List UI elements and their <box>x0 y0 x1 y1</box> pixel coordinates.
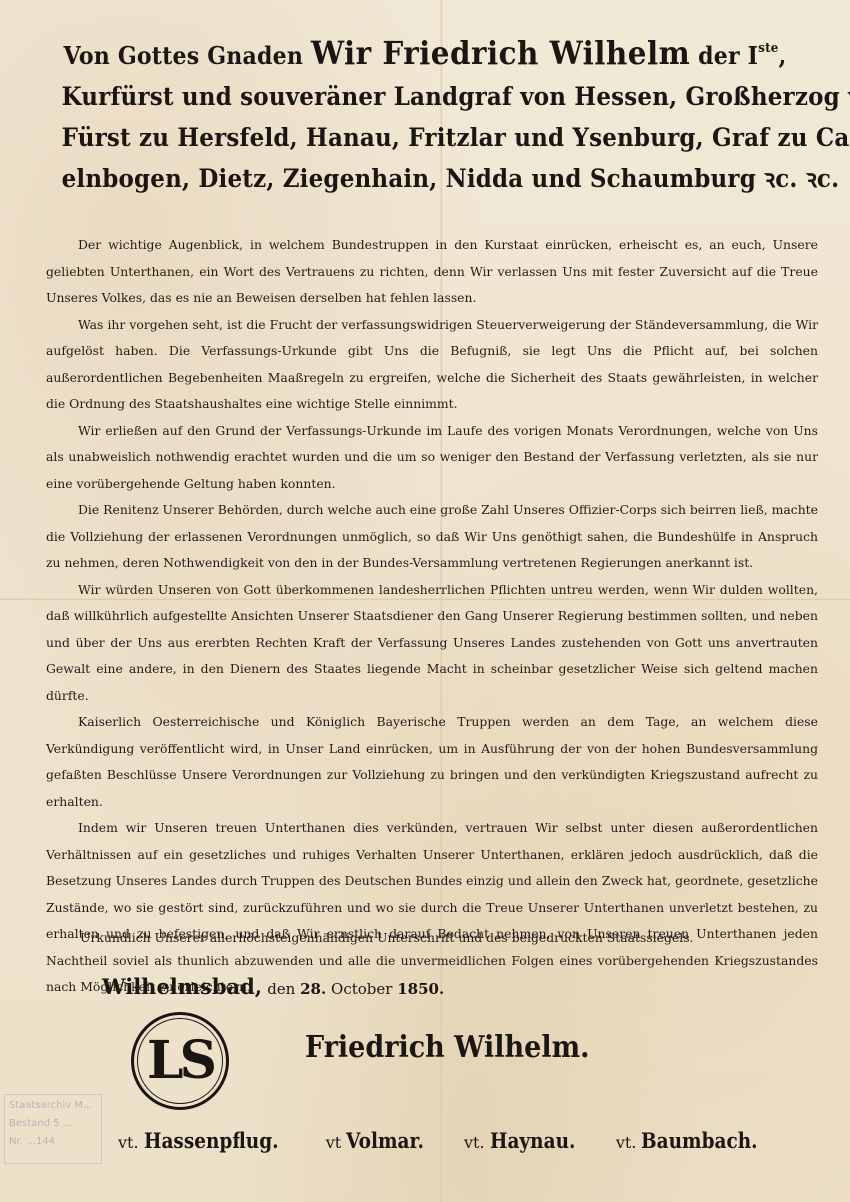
place-name: Wilhelmsbad, <box>102 974 262 999</box>
stamp-line: Staatsarchiv M… <box>9 1097 97 1115</box>
attestation-line: Urkundlich Unserer allerhöchsteigenhändi… <box>80 930 820 945</box>
title-ruler-name: Wir Friedrich Wilhelm <box>311 34 690 72</box>
title-comma: , <box>779 41 787 70</box>
paragraph: Indem wir Unseren treuen Unterthanen die… <box>46 815 818 1001</box>
title-line-4: elnbogen, Dietz, Ziegenhain, Nidda und S… <box>62 158 789 199</box>
title-line-1: Von Gottes Gnaden Wir Friedrich Wilhelm … <box>62 28 789 76</box>
countersignature-baumbach: vt. Baumbach. <box>616 1128 774 1153</box>
title-line-3: Fürst zu Hersfeld, Hanau, Fritzlar und Y… <box>62 117 789 158</box>
archive-stamp: Staatsarchiv M… Bestand 5 … Nr. …144 <box>4 1094 102 1164</box>
countersign-prefix: vt <box>326 1133 341 1152</box>
date-year: 1850. <box>397 980 444 998</box>
countersign-prefix: vt. <box>118 1133 139 1152</box>
paragraph: Der wichtige Augenblick, in welchem Bund… <box>46 232 818 312</box>
stamp-line: Bestand 5 … <box>9 1115 97 1133</box>
seal-monogram: LS <box>147 1035 213 1087</box>
state-seal-icon: LS <box>131 1012 229 1110</box>
countersignature-hassenpflug: vt. Hassenpflug. <box>118 1128 297 1153</box>
countersignature-haynau: vt. Haynau. <box>464 1128 587 1153</box>
stamp-line: Nr. …144 <box>9 1133 97 1151</box>
ruler-signature: Friedrich Wilhelm. <box>305 1030 590 1065</box>
countersign-prefix: vt. <box>464 1133 485 1152</box>
date-day: 28. <box>300 980 326 998</box>
date-prefix: den <box>267 980 295 998</box>
paragraph: Wir würden Unseren von Gott überkommenen… <box>46 577 818 710</box>
countersignatures: vt. Hassenpflug. vt Volmar. vt. Haynau. … <box>118 1128 818 1153</box>
paragraph: Wir erließen auf den Grund der Verfassun… <box>46 418 818 498</box>
paragraph: Kaiserlich Oesterreichische und Königlic… <box>46 709 818 815</box>
countersign-prefix: vt. <box>616 1133 637 1152</box>
place-and-date: Wilhelmsbad, den 28. October 1850. <box>102 974 444 999</box>
paragraph: Die Renitenz Unserer Behörden, durch wel… <box>46 497 818 577</box>
date: den 28. October 1850. <box>267 980 444 998</box>
countersign-name: Hassenpflug. <box>144 1128 279 1153</box>
countersign-name: Baumbach. <box>641 1128 758 1153</box>
countersignature-volmar: vt Volmar. <box>326 1128 435 1153</box>
paragraph: Was ihr vorgehen seht, ist die Frucht de… <box>46 312 818 418</box>
title-by-grace-of-god: Von Gottes Gnaden <box>64 41 304 70</box>
date-month: October <box>331 980 392 998</box>
countersign-name: Volmar. <box>346 1128 424 1153</box>
title-ordinal: der I <box>698 41 758 70</box>
proclamation-page: Von Gottes Gnaden Wir Friedrich Wilhelm … <box>0 0 850 1202</box>
title-block: Von Gottes Gnaden Wir Friedrich Wilhelm … <box>30 28 820 199</box>
title-ordinal-superscript: ste <box>758 41 778 56</box>
proclamation-body: Der wichtige Augenblick, in welchem Bund… <box>46 232 818 1001</box>
title-line-2: Kurfürst und souveräner Landgraf von Hes… <box>62 76 789 117</box>
countersign-name: Haynau. <box>490 1128 575 1153</box>
